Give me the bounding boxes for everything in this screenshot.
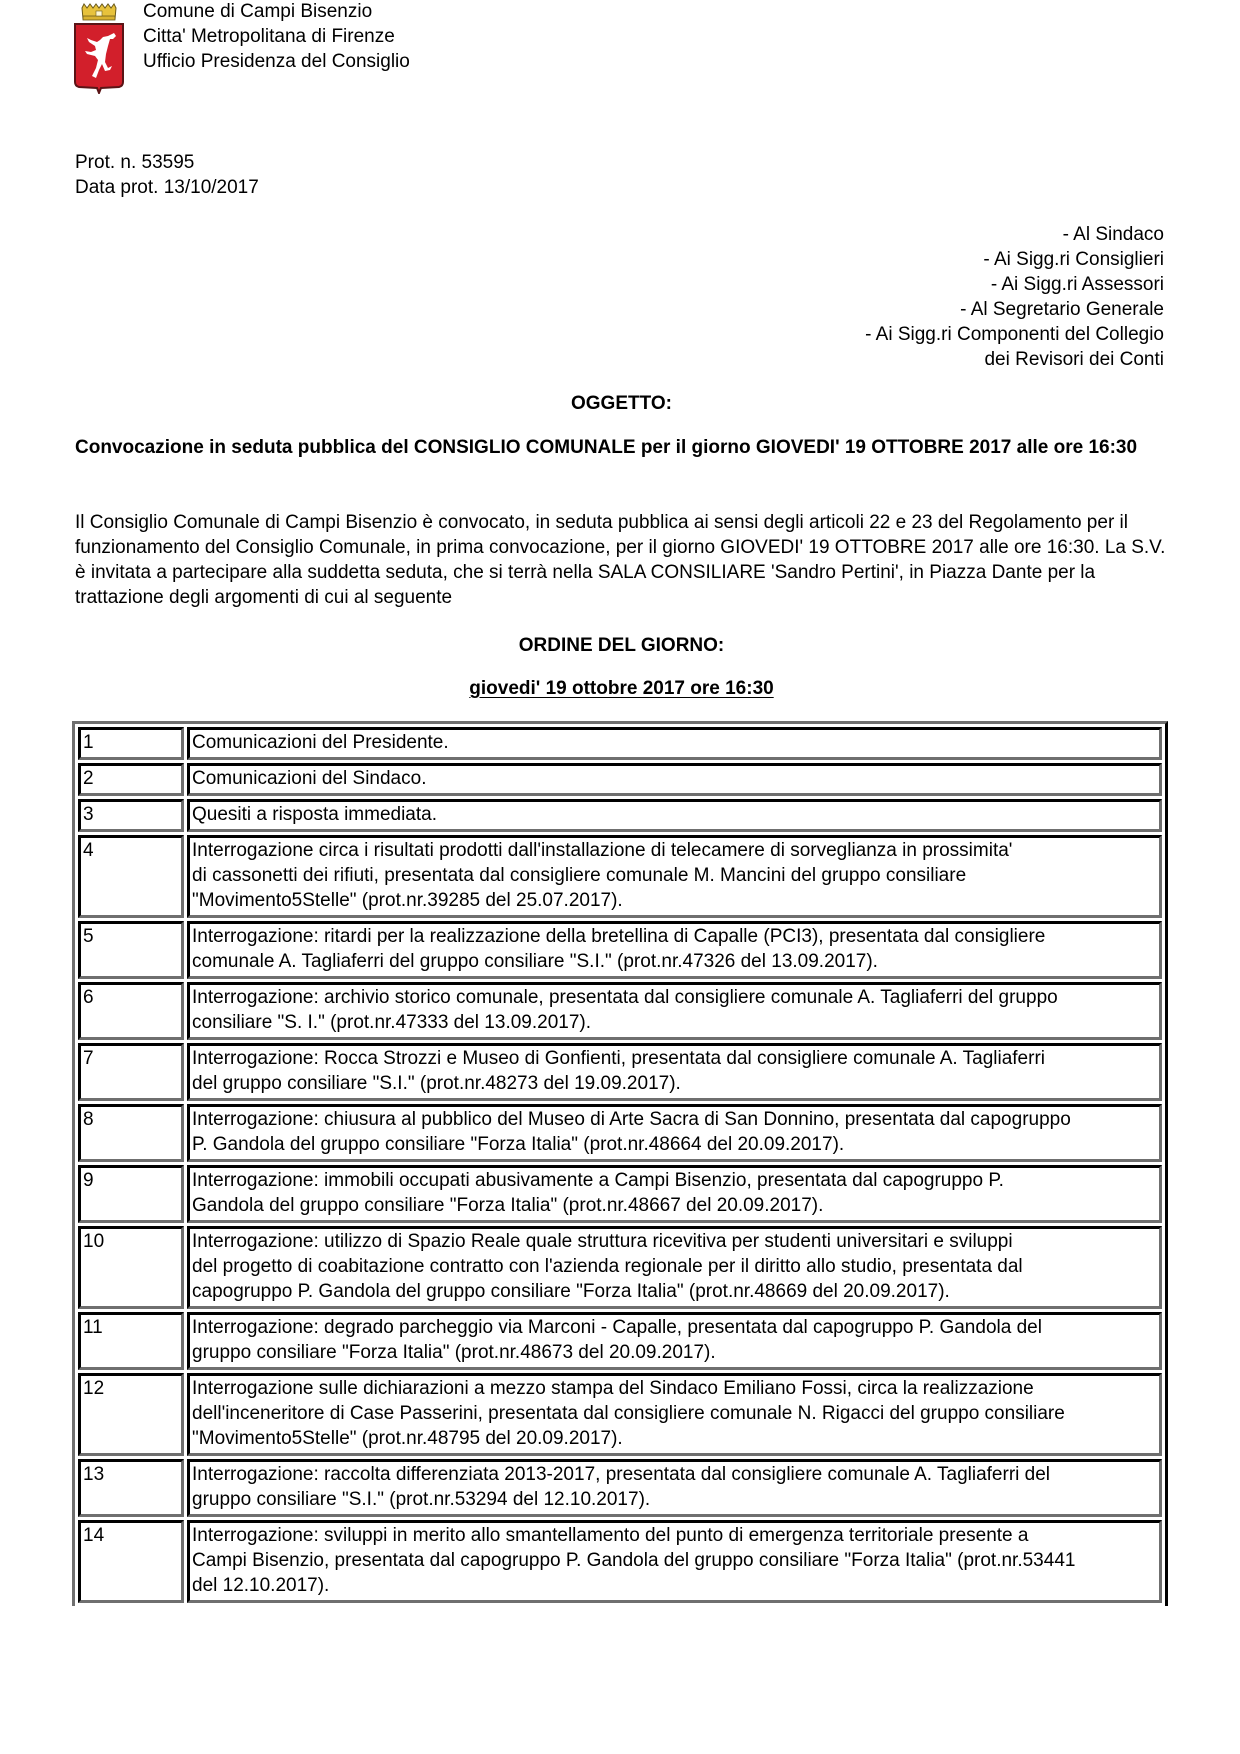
office-header: Comune di Campi Bisenzio Citta' Metropol… xyxy=(143,0,410,74)
header-line-municipality: Comune di Campi Bisenzio xyxy=(143,0,410,24)
agenda-item-number: 4 xyxy=(78,835,184,918)
agenda-item-text: Interrogazione: Rocca Strozzi e Museo di… xyxy=(187,1043,1162,1101)
agenda-item-number: 14 xyxy=(78,1520,184,1603)
agenda-row: 4Interrogazione circa i risultati prodot… xyxy=(78,835,1162,918)
agenda-item-text: Interrogazione: sviluppi in merito allo … xyxy=(187,1520,1162,1603)
crown-icon xyxy=(82,4,116,20)
agenda-item-text: Interrogazione: archivio storico comunal… xyxy=(187,982,1162,1040)
coat-of-arms-icon xyxy=(72,2,126,94)
agenda-item-text: Interrogazione: utilizzo di Spazio Reale… xyxy=(187,1226,1162,1309)
agenda-item-text: Interrogazione: chiusura al pubblico del… xyxy=(187,1104,1162,1162)
agenda-row: 12Interrogazione sulle dichiarazioni a m… xyxy=(78,1373,1162,1456)
recipient: - Ai Sigg.ri Assessori xyxy=(865,272,1164,297)
agenda-item-number: 6 xyxy=(78,982,184,1040)
agenda-item-text: Comunicazioni del Sindaco. xyxy=(187,763,1162,796)
agenda-row: 5Interrogazione: ritardi per la realizza… xyxy=(78,921,1162,979)
agenda-item-text: Interrogazione: ritardi per la realizzaz… xyxy=(187,921,1162,979)
subject-text: Convocazione in seduta pubblica del CONS… xyxy=(75,435,1175,460)
agenda-item-number: 3 xyxy=(78,799,184,832)
agenda-item-number: 2 xyxy=(78,763,184,796)
agenda-row: 9Interrogazione: immobili occupati abusi… xyxy=(78,1165,1162,1223)
agenda-row: 8Interrogazione: chiusura al pubblico de… xyxy=(78,1104,1162,1162)
agenda-date: giovedi' 19 ottobre 2017 ore 16:30 xyxy=(0,676,1240,701)
agenda-row: 1Comunicazioni del Presidente. xyxy=(78,727,1162,760)
agenda-item-number: 11 xyxy=(78,1312,184,1370)
agenda-item-number: 9 xyxy=(78,1165,184,1223)
recipient: - Ai Sigg.ri Consiglieri xyxy=(865,247,1164,272)
recipient: - Al Sindaco xyxy=(865,222,1164,247)
protocol-info: Prot. n. 53595 Data prot. 13/10/2017 xyxy=(75,150,259,200)
agenda-item-number: 1 xyxy=(78,727,184,760)
header-line-office: Ufficio Presidenza del Consiglio xyxy=(143,49,410,74)
protocol-date: Data prot. 13/10/2017 xyxy=(75,175,259,200)
agenda-row: 3Quesiti a risposta immediata. xyxy=(78,799,1162,832)
agenda-title: ORDINE DEL GIORNO: xyxy=(0,633,1240,658)
agenda-item-text: Interrogazione circa i risultati prodott… xyxy=(187,835,1162,918)
agenda-item-text: Interrogazione sulle dichiarazioni a mez… xyxy=(187,1373,1162,1456)
recipient: - Ai Sigg.ri Componenti del Collegio xyxy=(865,322,1164,347)
agenda-item-number: 5 xyxy=(78,921,184,979)
agenda-item-text: Interrogazione: immobili occupati abusiv… xyxy=(187,1165,1162,1223)
agenda-date-text: giovedi' 19 ottobre 2017 ore 16:30 xyxy=(469,678,773,699)
agenda-row: 6Interrogazione: archivio storico comuna… xyxy=(78,982,1162,1040)
agenda-item-text: Interrogazione: raccolta differenziata 2… xyxy=(187,1459,1162,1517)
agenda-row: 2Comunicazioni del Sindaco. xyxy=(78,763,1162,796)
subject-label: OGGETTO: xyxy=(0,391,1240,416)
agenda-item-number: 10 xyxy=(78,1226,184,1309)
recipient: dei Revisori dei Conti xyxy=(865,347,1164,372)
agenda-item-number: 8 xyxy=(78,1104,184,1162)
header-line-metro-city: Citta' Metropolitana di Firenze xyxy=(143,24,410,49)
agenda-row: 14Interrogazione: sviluppi in merito all… xyxy=(78,1520,1162,1603)
recipients-list: - Al Sindaco - Ai Sigg.ri Consiglieri - … xyxy=(865,222,1164,372)
convocation-paragraph: Il Consiglio Comunale di Campi Bisenzio … xyxy=(75,510,1175,610)
agenda-row: 10Interrogazione: utilizzo di Spazio Rea… xyxy=(78,1226,1162,1309)
agenda-item-text: Interrogazione: degrado parcheggio via M… xyxy=(187,1312,1162,1370)
agenda-item-number: 7 xyxy=(78,1043,184,1101)
agenda-table-body: 1Comunicazioni del Presidente.2Comunicaz… xyxy=(78,727,1162,1603)
agenda-row: 13Interrogazione: raccolta differenziata… xyxy=(78,1459,1162,1517)
protocol-number: Prot. n. 53595 xyxy=(75,150,259,175)
agenda-table: 1Comunicazioni del Presidente.2Comunicaz… xyxy=(72,721,1168,1606)
agenda-item-number: 13 xyxy=(78,1459,184,1517)
recipient: - Al Segretario Generale xyxy=(865,297,1164,322)
agenda-row: 7Interrogazione: Rocca Strozzi e Museo d… xyxy=(78,1043,1162,1101)
agenda-item-text: Quesiti a risposta immediata. xyxy=(187,799,1162,832)
agenda-row: 11Interrogazione: degrado parcheggio via… xyxy=(78,1312,1162,1370)
agenda-item-text: Comunicazioni del Presidente. xyxy=(187,727,1162,760)
agenda-item-number: 12 xyxy=(78,1373,184,1456)
